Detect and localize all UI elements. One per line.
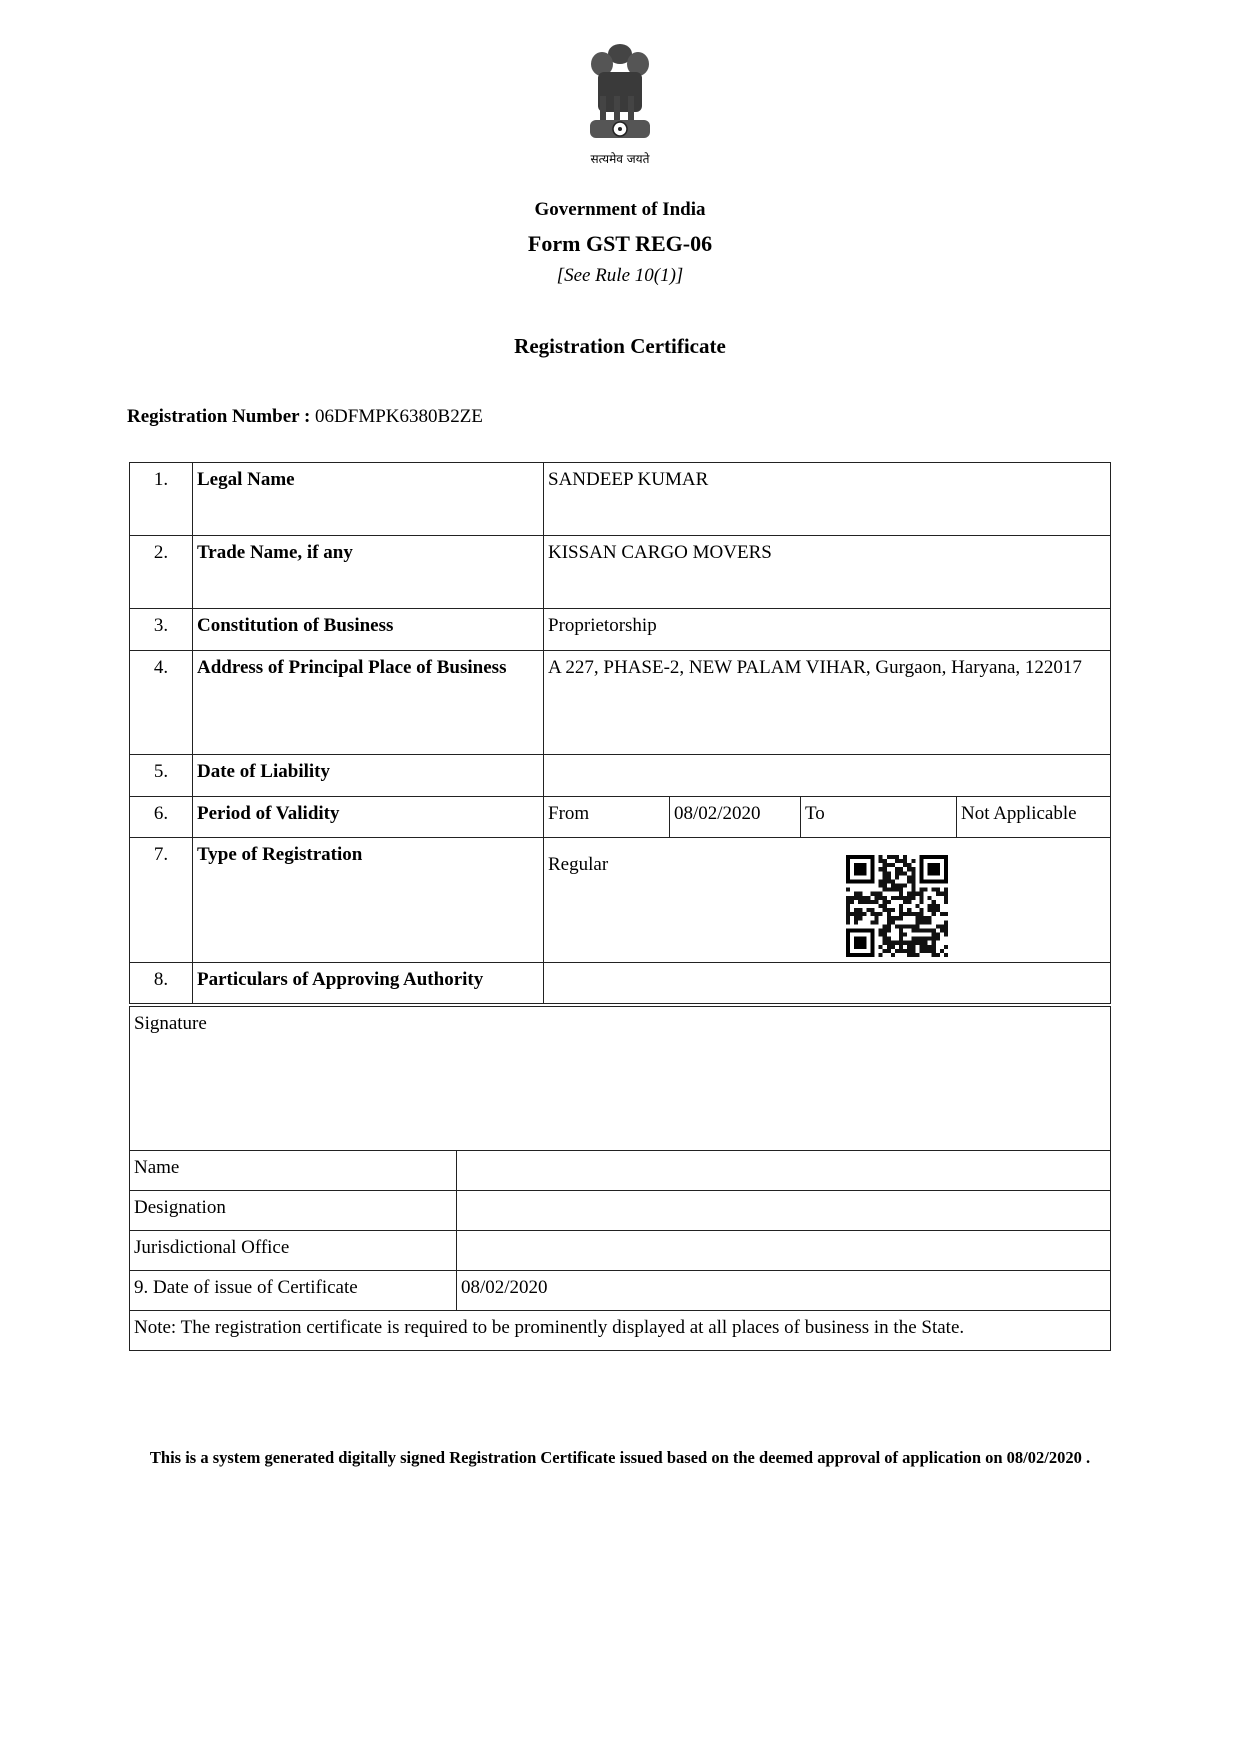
signature-label: Signature: [130, 1007, 1111, 1151]
validity-from-label: From: [544, 797, 670, 838]
row-label: Type of Registration: [193, 838, 544, 963]
national-emblem-icon: [584, 36, 656, 148]
row-number: 2.: [130, 536, 193, 609]
row-label: Trade Name, if any: [193, 536, 544, 609]
row-number: 1.: [130, 463, 193, 536]
system-generated-footer: This is a system generated digitally sig…: [0, 1448, 1240, 1468]
address-value: A 227, PHASE-2, NEW PALAM VIHAR, Gurgaon…: [544, 651, 1111, 755]
designation-label: Designation: [130, 1191, 457, 1231]
issue-date-label: 9. Date of issue of Certificate: [130, 1271, 457, 1311]
authority-table: Signature Name Designation Jurisdictiona…: [129, 1006, 1111, 1351]
approving-authority-value: [544, 963, 1111, 1004]
row-label: Particulars of Approving Authority: [193, 963, 544, 1004]
validity-to-value: Not Applicable: [957, 797, 1111, 838]
row-number: 6.: [130, 797, 193, 838]
constitution-value: Proprietorship: [544, 609, 1111, 651]
table-row: 8. Particulars of Approving Authority: [130, 963, 1111, 1004]
row-label: Constitution of Business: [193, 609, 544, 651]
table-row: 3. Constitution of Business Proprietorsh…: [130, 609, 1111, 651]
table-row: 4. Address of Principal Place of Busines…: [130, 651, 1111, 755]
name-value: [457, 1151, 1111, 1191]
date-of-liability-value: [544, 755, 1111, 797]
table-row: 2. Trade Name, if any KISSAN CARGO MOVER…: [130, 536, 1111, 609]
row-number: 5.: [130, 755, 193, 797]
rule-reference: [See Rule 10(1)]: [0, 265, 1240, 287]
form-title: Form GST REG-06: [0, 231, 1240, 257]
issue-date-value: 08/02/2020: [457, 1271, 1111, 1311]
display-note: Note: The registration certificate is re…: [130, 1311, 1111, 1351]
table-row: 7. Type of Registration Regular: [130, 838, 1111, 963]
registration-type-value: Regular: [548, 854, 1106, 875]
designation-value: [457, 1191, 1111, 1231]
jurisdictional-office-label: Jurisdictional Office: [130, 1231, 457, 1271]
row-label: Period of Validity: [193, 797, 544, 838]
national-emblem: सत्यमेव जयते: [580, 36, 660, 166]
qr-code-icon: [846, 855, 948, 957]
row-label: Legal Name: [193, 463, 544, 536]
registration-number-value: 06DFMPK6380B2ZE: [315, 406, 483, 427]
registration-type-cell: Regular: [544, 838, 1111, 963]
row-label: Date of Liability: [193, 755, 544, 797]
certificate-details-table: 1. Legal Name SANDEEP KUMAR 2. Trade Nam…: [129, 462, 1111, 1004]
legal-name-value: SANDEEP KUMAR: [544, 463, 1111, 536]
table-row: 5. Date of Liability: [130, 755, 1111, 797]
validity-from-date: 08/02/2020: [670, 797, 801, 838]
table-row: 1. Legal Name SANDEEP KUMAR: [130, 463, 1111, 536]
table-row: Designation: [130, 1191, 1111, 1231]
table-row: 9. Date of issue of Certificate 08/02/20…: [130, 1271, 1111, 1311]
row-number: 7.: [130, 838, 193, 963]
table-row: Name: [130, 1151, 1111, 1191]
table-row: 6. Period of Validity From 08/02/2020 To…: [130, 797, 1111, 838]
government-heading: Government of India: [0, 199, 1240, 221]
row-number: 8.: [130, 963, 193, 1004]
row-label: Address of Principal Place of Business: [193, 651, 544, 755]
trade-name-value: KISSAN CARGO MOVERS: [544, 536, 1111, 609]
signature-row: Signature: [130, 1007, 1111, 1151]
table-row: Jurisdictional Office: [130, 1231, 1111, 1271]
emblem-motto: सत्यमेव जयते: [580, 150, 660, 167]
certificate-title: Registration Certificate: [0, 334, 1240, 359]
table-row: Note: The registration certificate is re…: [130, 1311, 1111, 1351]
registration-number-label: Registration Number :: [127, 406, 310, 427]
jurisdictional-office-value: [457, 1231, 1111, 1271]
name-label: Name: [130, 1151, 457, 1191]
validity-to-label: To: [801, 797, 957, 838]
row-number: 4.: [130, 651, 193, 755]
row-number: 3.: [130, 609, 193, 651]
registration-number: Registration Number : 06DFMPK6380B2ZE: [127, 406, 483, 428]
